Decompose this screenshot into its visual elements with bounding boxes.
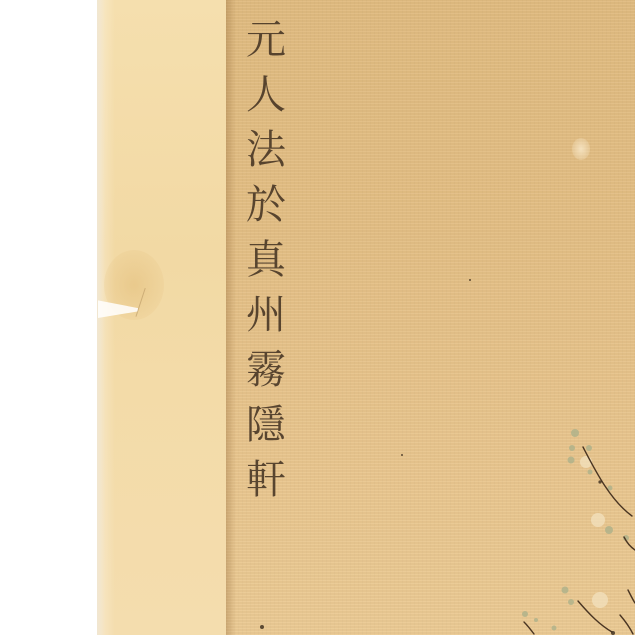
silk-edge-shadow	[226, 0, 236, 635]
calligraphy-inscription: 元 人 法 於 真 州 霧 隱 軒	[238, 8, 294, 500]
inscription-char: 人	[246, 75, 286, 115]
scroll-photo: 元 人 法 於 真 州 霧 隱 軒	[0, 0, 635, 635]
inscription-char: 軒	[246, 460, 286, 500]
mounting-paper	[97, 0, 237, 635]
inscription-char: 法	[246, 130, 286, 170]
inscription-char: 霧	[246, 350, 286, 390]
inscription-char: 州	[246, 295, 286, 335]
inscription-char: 於	[246, 185, 286, 225]
inscription-char: 元	[246, 20, 286, 60]
inscription-char: 真	[246, 240, 286, 280]
inscription-char: 隱	[246, 405, 286, 445]
silk-pale-spot	[572, 138, 590, 160]
